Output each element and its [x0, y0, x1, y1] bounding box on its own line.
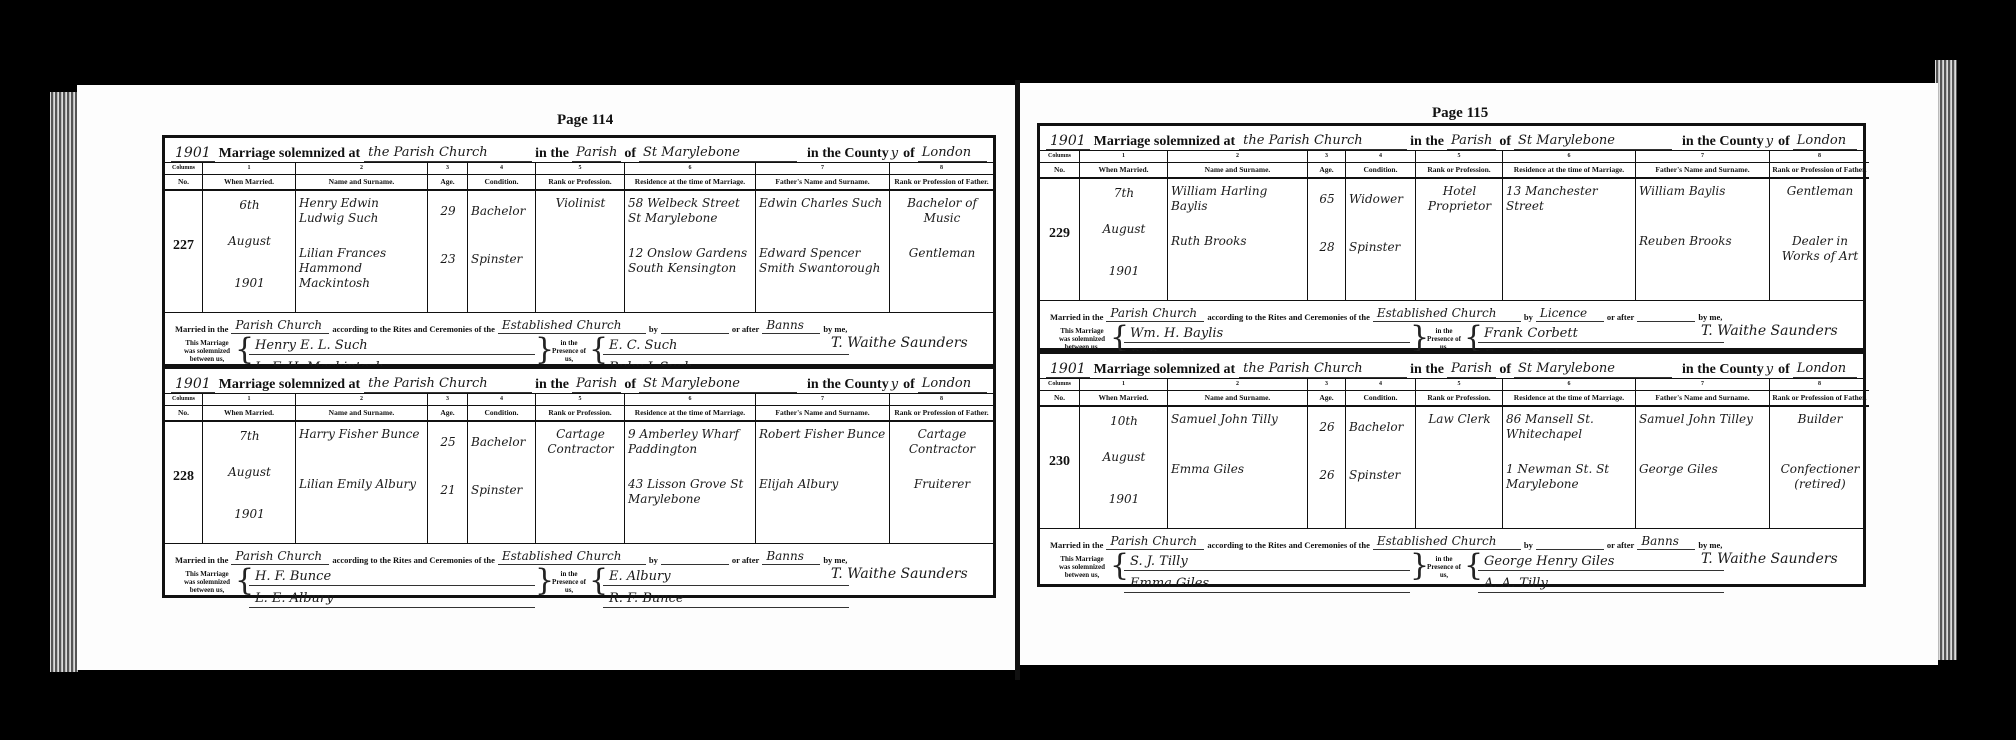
col-father-rank: 8Rank or Profession of Father.BuilderCon…	[1770, 379, 1869, 529]
bride-father-rank: Gentleman	[893, 246, 991, 261]
column-body: William Harling BaylisRuth Brooks	[1168, 178, 1307, 301]
col-father-name: 7Father's Name and Surname.Samuel John T…	[1636, 379, 1770, 529]
column-header: Rank or Profession.	[536, 175, 624, 191]
column-number: 4	[1346, 151, 1415, 163]
place: the Parish Church	[1239, 361, 1407, 378]
column-body: BachelorSpinster	[1346, 406, 1415, 529]
column-header: Rank or Profession.	[536, 406, 624, 422]
marriage-year: 1901	[1083, 264, 1165, 279]
groom-father-rank: Cartage Contractor	[893, 427, 991, 457]
column-body: 6thAugust1901	[203, 190, 295, 313]
groom-name: William Harling Baylis	[1171, 184, 1305, 214]
column-header: When Married.	[203, 406, 295, 422]
column-body: 2626	[1308, 406, 1345, 529]
marriage-entry: 1901 Marriage solemnized at the Parish C…	[162, 366, 996, 598]
column-number: 7	[756, 394, 889, 406]
signature-bride: L. E. Albury	[249, 590, 535, 608]
column-body: Cartage Contractor	[536, 421, 624, 544]
col-father-name: 7Father's Name and Surname.Robert Fisher…	[756, 394, 890, 544]
groom-rank: Law Clerk	[1419, 412, 1500, 427]
column-number: Columns	[1040, 151, 1079, 163]
column-body: 7thAugust1901	[1080, 178, 1167, 301]
column-header: When Married.	[203, 175, 295, 191]
groom-name: Henry Edwin Ludwig Such	[299, 196, 425, 226]
between-label: This Marriage was solemnized between us,	[179, 570, 235, 594]
groom-age: 65	[1311, 192, 1343, 207]
ceremony-line: Married in the Parish Church according t…	[1050, 305, 1853, 322]
or-after: Banns	[762, 317, 820, 334]
column-header: When Married.	[1080, 163, 1167, 179]
column-body: GentlemanDealer in Works of Art	[1770, 178, 1869, 301]
column-header: Age.	[428, 175, 467, 191]
groom-condition: Widower	[1349, 192, 1413, 207]
groom-condition: Bachelor	[471, 435, 533, 450]
groom-residence: 9 Amberley Wharf Paddington	[628, 427, 753, 457]
column-number: 3	[1308, 151, 1345, 163]
bride-name: Lilian Emily Albury	[299, 477, 425, 492]
column-body: William BaylisReuben Brooks	[1636, 178, 1769, 301]
bride-age: 28	[1311, 240, 1343, 255]
by-method	[661, 564, 729, 565]
column-number: 7	[1636, 379, 1769, 391]
column-number: 5	[536, 394, 624, 406]
column-body: Hotel Proprietor	[1416, 178, 1502, 301]
column-body: Henry Edwin Ludwig SuchLilian Frances Ha…	[296, 190, 427, 313]
marriage-entry: 1901 Marriage solemnized at the Parish C…	[162, 135, 996, 367]
column-number: 6	[1503, 379, 1635, 391]
ceremony-line: Married in the Parish Church according t…	[175, 548, 983, 565]
column-header: Name and Surname.	[296, 175, 427, 191]
column-body: 86 Mansell St. Whitechapel1 Newman St. S…	[1503, 406, 1635, 529]
register-table: ColumnsNo.2271When Married.6thAugust1901…	[165, 162, 993, 313]
groom-residence: 13 Manchester Street	[1506, 184, 1633, 214]
column-body: BachelorSpinster	[468, 421, 535, 544]
col-rank: 5Rank or Profession.Hotel Proprietor	[1416, 151, 1503, 301]
entry-heading: 1901 Marriage solemnized at the Parish C…	[171, 371, 987, 393]
groom-father: Edwin Charles Such	[759, 196, 887, 211]
column-header: Name and Surname.	[296, 406, 427, 422]
column-body: Law Clerk	[1416, 406, 1502, 529]
column-number: 6	[625, 394, 755, 406]
column-header: Father's Name and Surname.	[756, 406, 889, 422]
column-body: BuilderConfectioner (retired)	[1770, 406, 1869, 529]
column-header: Residence at the time of Marriage.	[1503, 163, 1635, 179]
bride-name: Emma Giles	[1171, 462, 1305, 477]
column-body: Samuel John TillyEmma Giles	[1168, 406, 1307, 529]
marriage-entry: 1901 Marriage solemnized at the Parish C…	[1037, 351, 1866, 587]
between-label: This Marriage was solemnized between us,	[1054, 327, 1110, 351]
year: 1901	[1046, 133, 1090, 150]
column-header: Residence at the time of Marriage.	[625, 175, 755, 191]
col-residence: 6Residence at the time of Marriage.86 Ma…	[1503, 379, 1636, 529]
column-number: 8	[890, 163, 993, 175]
marriage-year: 1901	[206, 507, 293, 522]
officiant-signature: T. Waithe Saunders	[825, 335, 981, 352]
bride-residence: 12 Onslow Gardens South Kensington	[628, 246, 753, 276]
column-header: Father's Name and Surname.	[1636, 391, 1769, 407]
col-when-married: 1When Married.7thAugust1901	[203, 394, 296, 544]
year: 1901	[171, 145, 215, 162]
column-body: 2923	[428, 190, 467, 313]
column-header: Name and Surname.	[1168, 163, 1307, 179]
parish-label: Parish	[1447, 361, 1496, 378]
parish-label: Parish	[1447, 133, 1496, 150]
col-father-rank: 8Rank or Profession of Father.GentlemanD…	[1770, 151, 1869, 301]
column-header: Name and Surname.	[1168, 391, 1307, 407]
column-body: 229	[1040, 178, 1079, 301]
rites: Established Church	[1373, 533, 1521, 550]
between-label: This Marriage was solemnized between us,	[1054, 555, 1110, 579]
column-header: Father's Name and Surname.	[1636, 163, 1769, 179]
groom-name: Samuel John Tilly	[1171, 412, 1305, 427]
column-header: Condition.	[468, 406, 535, 422]
column-body: Bachelor of MusicGentleman	[890, 190, 993, 313]
bride-name: Ruth Brooks	[1171, 234, 1305, 249]
column-number: Columns	[1040, 379, 1079, 391]
bride-condition: Spinster	[471, 483, 533, 498]
or-after: Banns	[1637, 533, 1695, 550]
parish-name: St Marylebone	[639, 145, 797, 162]
column-header: Rank or Profession.	[1416, 163, 1502, 179]
col-when-married: 1When Married.7thAugust1901	[1080, 151, 1168, 301]
groom-name: Harry Fisher Bunce	[299, 427, 425, 442]
entry-number: 228	[165, 469, 202, 485]
col-name: 2Name and Surname.Henry Edwin Ludwig Suc…	[296, 163, 428, 313]
column-number: 5	[1416, 379, 1502, 391]
groom-condition: Bachelor	[471, 204, 533, 219]
place: the Parish Church	[364, 376, 532, 393]
year: 1901	[171, 376, 215, 393]
bride-condition: Spinster	[471, 252, 533, 267]
presence-label: in the Presence of us,	[1426, 327, 1462, 351]
column-body: 58 Welbeck Street St Marylebone12 Onslow…	[625, 190, 755, 313]
col-father-name: 7Father's Name and Surname.Edwin Charles…	[756, 163, 890, 313]
groom-rank: Hotel Proprietor	[1419, 184, 1500, 214]
column-header: Condition.	[1346, 163, 1415, 179]
right-page-stack	[1935, 60, 1957, 660]
column-header: Rank or Profession of Father.	[1770, 163, 1869, 179]
groom-age: 25	[431, 435, 465, 450]
marriage-month: August	[206, 234, 293, 249]
bride-father: Edward Spencer Smith Swantorough	[759, 246, 887, 276]
entry-heading: 1901 Marriage solemnized at the Parish C…	[1046, 128, 1857, 150]
year: 1901	[1046, 361, 1090, 378]
officiant-signature: T. Waithe Saunders	[1695, 323, 1851, 340]
entry-number: 230	[1040, 454, 1079, 470]
column-header: Rank or Profession of Father.	[890, 175, 993, 191]
column-body: Samuel John TilleyGeorge Giles	[1636, 406, 1769, 529]
column-header: Residence at the time of Marriage.	[1503, 391, 1635, 407]
col-rank: 5Rank or Profession.Cartage Contractor	[536, 394, 625, 544]
marriage-day: 6th	[206, 198, 293, 213]
left-page-stack	[50, 92, 78, 672]
column-body: 228	[165, 421, 202, 544]
column-header: No.	[1040, 391, 1079, 407]
signature-groom: H. F. Bunce	[249, 568, 535, 586]
col-condition: 4Condition.BachelorSpinster	[1346, 379, 1416, 529]
rites: Established Church	[498, 317, 646, 334]
groom-residence: 58 Welbeck Street St Marylebone	[628, 196, 753, 226]
column-number: 2	[296, 394, 427, 406]
groom-father: Robert Fisher Bunce	[759, 427, 887, 442]
col-father-rank: 8Rank or Profession of Father.Bachelor o…	[890, 163, 993, 313]
column-header: No.	[165, 175, 202, 191]
marriage-year: 1901	[1083, 492, 1165, 507]
column-header: Condition.	[1346, 391, 1415, 407]
parish-name: St Marylebone	[639, 376, 797, 393]
column-header: Age.	[428, 406, 467, 422]
entry-heading: 1901 Marriage solemnized at the Parish C…	[171, 140, 987, 162]
presence-label: in the Presence of us,	[1426, 555, 1462, 579]
officiant-signature: T. Waithe Saunders	[1695, 551, 1851, 568]
col-name: 2Name and Surname.Samuel John TillyEmma …	[1168, 379, 1308, 529]
signature-bride: Emma Giles	[1124, 575, 1410, 593]
column-number: 4	[1346, 379, 1415, 391]
column-number: 3	[428, 394, 467, 406]
marriage-month: August	[1083, 222, 1165, 237]
register-table: ColumnsNo.2281When Married.7thAugust1901…	[165, 393, 993, 544]
by-method	[661, 333, 729, 334]
marriage-month: August	[206, 465, 293, 480]
column-header: Rank or Profession.	[1416, 391, 1502, 407]
groom-father: William Baylis	[1639, 184, 1767, 199]
column-body: 13 Manchester Street	[1503, 178, 1635, 301]
signature-groom: Wm. H. Baylis	[1124, 325, 1410, 343]
column-header: Father's Name and Surname.	[756, 175, 889, 191]
between-label: This Marriage was solemnized between us,	[179, 339, 235, 363]
marriage-month: August	[1083, 450, 1165, 465]
column-body: 230	[1040, 406, 1079, 529]
groom-father-rank: Builder	[1773, 412, 1867, 427]
bride-age: 21	[431, 483, 465, 498]
parish-name: St Marylebone	[1514, 361, 1672, 378]
col-father-name: 7Father's Name and Surname.William Bayli…	[1636, 151, 1770, 301]
col-name: 2Name and Surname.Harry Fisher BunceLili…	[296, 394, 428, 544]
marriage-day: 7th	[206, 429, 293, 444]
witness-1: Frank Corbett	[1478, 325, 1724, 343]
bride-condition: Spinster	[1349, 240, 1413, 255]
col-residence: 6Residence at the time of Marriage.58 We…	[625, 163, 756, 313]
bride-condition: Spinster	[1349, 468, 1413, 483]
column-number: 5	[1416, 151, 1502, 163]
col-no: ColumnsNo.230	[1040, 379, 1080, 529]
column-header: Rank or Profession of Father.	[1770, 391, 1869, 407]
county: London	[918, 376, 987, 393]
column-number: 1	[203, 163, 295, 175]
bride-residence: 1 Newman St. St Marylebone	[1506, 462, 1633, 492]
column-number: 2	[1168, 151, 1307, 163]
col-condition: 4Condition.BachelorSpinster	[468, 163, 536, 313]
col-when-married: 1When Married.6thAugust1901	[203, 163, 296, 313]
column-number: 7	[1636, 151, 1769, 163]
parish-label: Parish	[572, 376, 621, 393]
parish-label: Parish	[572, 145, 621, 162]
col-residence: 6Residence at the time of Marriage.9 Amb…	[625, 394, 756, 544]
signature-groom: Henry E. L. Such	[249, 337, 535, 355]
ceremony-line: Married in the Parish Church according t…	[175, 317, 983, 334]
column-number: 8	[890, 394, 993, 406]
by-method: Licence	[1536, 305, 1604, 322]
column-body: 227	[165, 190, 202, 313]
column-body: Robert Fisher BunceElijah Albury	[756, 421, 889, 544]
column-body: Cartage ContractorFruiterer	[890, 421, 993, 544]
column-number: 1	[203, 394, 295, 406]
col-residence: 6Residence at the time of Marriage.13 Ma…	[1503, 151, 1636, 301]
county: London	[918, 145, 987, 162]
column-number: 3	[1308, 379, 1345, 391]
bride-residence: 43 Lisson Grove St Marylebone	[628, 477, 753, 507]
column-body: WidowerSpinster	[1346, 178, 1415, 301]
bride-father: Elijah Albury	[759, 477, 887, 492]
column-body: 9 Amberley Wharf Paddington43 Lisson Gro…	[625, 421, 755, 544]
groom-rank: Violinist	[539, 196, 622, 211]
officiant-signature: T. Waithe Saunders	[825, 566, 981, 583]
groom-residence: 86 Mansell St. Whitechapel	[1506, 412, 1633, 442]
rites: Established Church	[1373, 305, 1521, 322]
column-number: 6	[1503, 151, 1635, 163]
column-body: BachelorSpinster	[468, 190, 535, 313]
groom-father: Samuel John Tilley	[1639, 412, 1767, 427]
witness-1: E. Albury	[603, 568, 849, 586]
bride-father-rank: Confectioner (retired)	[1773, 462, 1867, 492]
or-after: Banns	[762, 548, 820, 565]
bride-age: 23	[431, 252, 465, 267]
groom-father-rank: Gentleman	[1773, 184, 1867, 199]
column-header: No.	[165, 406, 202, 422]
col-name: 2Name and Surname.William Harling Baylis…	[1168, 151, 1308, 301]
entry-footer: Married in the Parish Church according t…	[165, 543, 993, 595]
entry-heading: 1901 Marriage solemnized at the Parish C…	[1046, 356, 1857, 378]
bride-father-rank: Dealer in Works of Art	[1773, 234, 1867, 264]
column-number: Columns	[165, 394, 202, 406]
register-table: ColumnsNo.2291When Married.7thAugust1901…	[1040, 150, 1863, 301]
witness-2: A. A. Tilly	[1478, 575, 1724, 593]
column-body: 6528	[1308, 178, 1345, 301]
column-number: 4	[468, 394, 535, 406]
column-number: 2	[1168, 379, 1307, 391]
column-number: Columns	[165, 163, 202, 175]
column-body: Harry Fisher BunceLilian Emily Albury	[296, 421, 427, 544]
bride-father-rank: Fruiterer	[893, 477, 991, 492]
register-table: ColumnsNo.2301When Married.10thAugust190…	[1040, 378, 1863, 529]
column-body: 2521	[428, 421, 467, 544]
signature-groom: S. J. Tilly	[1124, 553, 1410, 571]
column-number: 8	[1770, 151, 1869, 163]
by-method	[1536, 549, 1604, 550]
col-when-married: 1When Married.10thAugust1901	[1080, 379, 1168, 529]
col-age: 3Age.2923	[428, 163, 468, 313]
marriage-entry: 1901 Marriage solemnized at the Parish C…	[1037, 123, 1866, 351]
column-number: 3	[428, 163, 467, 175]
presence-label: in the Presence of us,	[551, 339, 587, 363]
col-condition: 4Condition.WidowerSpinster	[1346, 151, 1416, 301]
marriage-year: 1901	[206, 276, 293, 291]
col-rank: 5Rank or Profession.Violinist	[536, 163, 625, 313]
column-header: Condition.	[468, 175, 535, 191]
witness-2: R. F. Bunce	[603, 590, 849, 608]
bride-age: 26	[1311, 468, 1343, 483]
entry-footer: Married in the Parish Church according t…	[165, 312, 993, 364]
bride-father: George Giles	[1639, 462, 1767, 477]
column-header: Age.	[1308, 391, 1345, 407]
groom-age: 26	[1311, 420, 1343, 435]
column-header: No.	[1040, 163, 1079, 179]
groom-condition: Bachelor	[1349, 420, 1413, 435]
col-no: ColumnsNo.228	[165, 394, 203, 544]
entry-number: 227	[165, 238, 202, 254]
ceremony-line: Married in the Parish Church according t…	[1050, 533, 1853, 550]
county: London	[1793, 133, 1857, 150]
parish-name: St Marylebone	[1514, 133, 1672, 150]
column-number: 8	[1770, 379, 1869, 391]
column-number: 1	[1080, 151, 1167, 163]
column-body: Violinist	[536, 190, 624, 313]
groom-age: 29	[431, 204, 465, 219]
column-number: 2	[296, 163, 427, 175]
col-age: 3Age.6528	[1308, 151, 1346, 301]
entry-number: 229	[1040, 226, 1079, 242]
column-number: 1	[1080, 379, 1167, 391]
col-rank: 5Rank or Profession.Law Clerk	[1416, 379, 1503, 529]
bride-name: Lilian Frances Hammond Mackintosh	[299, 246, 425, 291]
column-header: Age.	[1308, 163, 1345, 179]
county: London	[1793, 361, 1857, 378]
col-condition: 4Condition.BachelorSpinster	[468, 394, 536, 544]
column-number: 4	[468, 163, 535, 175]
column-body: 7thAugust1901	[203, 421, 295, 544]
marriage-day: 7th	[1083, 186, 1165, 201]
col-no: ColumnsNo.227	[165, 163, 203, 313]
column-header: Residence at the time of Marriage.	[625, 406, 755, 422]
groom-father-rank: Bachelor of Music	[893, 196, 991, 226]
column-number: 5	[536, 163, 624, 175]
entry-footer: Married in the Parish Church according t…	[1040, 300, 1863, 348]
page-number: Page 114	[557, 112, 613, 129]
witness-1: George Henry Giles	[1478, 553, 1724, 571]
presence-label: in the Presence of us,	[551, 570, 587, 594]
col-age: 3Age.2626	[1308, 379, 1346, 529]
groom-rank: Cartage Contractor	[539, 427, 622, 457]
col-father-rank: 8Rank or Profession of Father.Cartage Co…	[890, 394, 993, 544]
place: the Parish Church	[364, 145, 532, 162]
column-header: When Married.	[1080, 391, 1167, 407]
col-age: 3Age.2521	[428, 394, 468, 544]
entry-footer: Married in the Parish Church according t…	[1040, 528, 1863, 584]
witness-1: E. C. Such	[603, 337, 849, 355]
column-body: Edwin Charles SuchEdward Spencer Smith S…	[756, 190, 889, 313]
place: the Parish Church	[1239, 133, 1407, 150]
bride-father: Reuben Brooks	[1639, 234, 1767, 249]
column-number: 6	[625, 163, 755, 175]
page-number: Page 115	[1432, 105, 1488, 122]
col-no: ColumnsNo.229	[1040, 151, 1080, 301]
column-body: 10thAugust1901	[1080, 406, 1167, 529]
rites: Established Church	[498, 548, 646, 565]
column-number: 7	[756, 163, 889, 175]
marriage-day: 10th	[1083, 414, 1165, 429]
or-after	[1637, 321, 1695, 322]
column-header: Rank or Profession of Father.	[890, 406, 993, 422]
